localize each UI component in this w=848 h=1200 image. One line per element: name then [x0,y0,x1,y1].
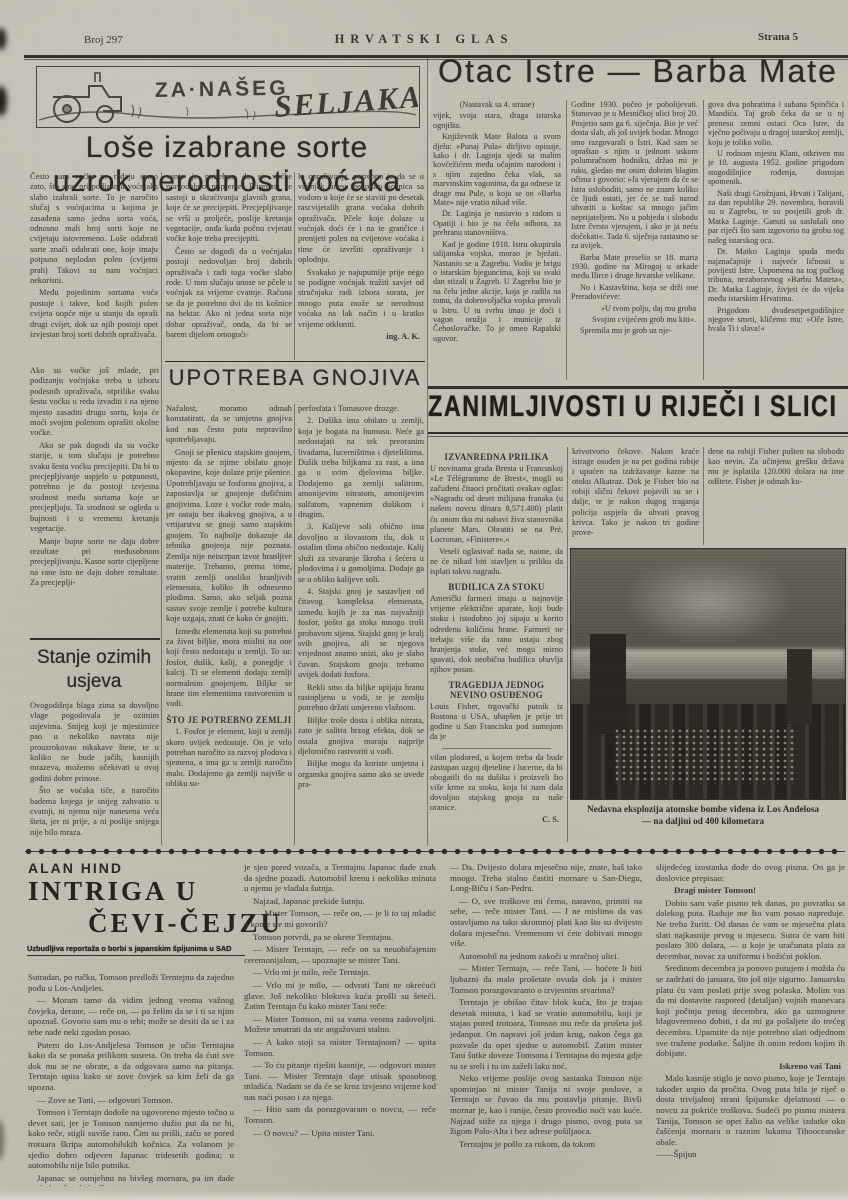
section-divider-rule [427,58,428,846]
column-rule [567,447,568,842]
page-number: Strana 5 [758,31,798,43]
zanimljivosti-column-2: krivotvorio čekove. Nakon kraće istrage … [572,447,699,544]
atomic-explosion-photo [570,548,846,800]
gnojiva-column-1: Nažalost, moramo odmah konstatirati, da … [166,404,292,847]
column-rule [703,447,704,545]
headline-upotreba-gnojiva: UPOTREBA GNOJIVA [165,365,425,391]
zanimljivosti-bottom-rule-thin [428,436,848,437]
decorative-bead-divider [25,848,845,855]
column-rule [703,100,704,380]
column-rule [294,404,295,845]
svg-text:SELJAKA: SELJAKA [273,79,418,124]
stanje-column: Ovogodišnja blaga zima sa dovoljno vlage… [30,701,159,847]
za-naseg-seljaka-banner: ZA·NAŠEG SELJAKA [36,66,420,128]
headline-line1: Loše izabrane sorte [26,131,428,165]
intriga-column-1: Sutradan, po ručku, Tomson predloži Tern… [28,972,234,1186]
zanimljivosti-top-rule [428,386,848,389]
tractor-illustration: ZA·NAŠEG SELJAKA [37,67,418,126]
newspaper-page: Broj 297 HRVATSKI GLAS Strana 5 ZA·NAŠEG… [0,0,848,1200]
zanimljivosti-banner-text: ZANIMLJIVOSTI U RIJEČI I SLICI [428,390,838,424]
stanje-title-line1: Stanje ozimih [24,646,164,670]
column-rule [161,172,162,845]
zanimljivosti-column-1: IZVANREDNA PRILIKAU novinama grada Brest… [430,447,563,845]
column-rule [566,100,567,380]
intriga-subtitle: Uzbudljiva reportaža o borbi s japanskim… [27,944,245,956]
photo-halftone-grain [571,549,845,799]
headline-stanje-ozimih: Stanje ozimih usjeva [24,646,164,694]
intriga-column-4: slijedećeg izostanka dođe do ovog pisma.… [656,862,845,1190]
newspaper-title: HRVATSKI GLAS [0,32,848,47]
sorte-column-2: vanje je potrebno da se voćke pravodobno… [166,172,292,360]
headline-otac-istre: Otac Istre — Barba Mate [430,52,846,90]
photo-caption-line2: — na daljini od 400 kilometara [558,815,848,827]
photo-caption-line1: Nedavna eksplozija atomske bombe viđena … [558,803,848,815]
zanimljivosti-bottom-rule-thick [428,432,848,434]
svg-text:ZA·NAŠEG: ZA·NAŠEG [155,76,289,102]
intriga-title-line1: INTRIGA U [28,876,198,907]
intriga-column-3: — Da. Dvijesto dolara mjesečno nije, zna… [450,862,642,1190]
intriga-column-2: je sjeo pored vozača, a Terntajnu Japana… [244,862,436,1190]
paper-bottom-edge [0,1190,848,1200]
left-continuation-column: Ako su voćke još mlade, pri podizanju vo… [30,366,159,632]
otac-column-3: gova dva pobratima i subana Spinčića i M… [708,100,844,382]
gnojiva-top-rule [165,361,425,362]
author-alan-hind: ALAN HIND [28,860,123,876]
sorte-column-3: lo opraživanje, potrebno je da se u voćn… [298,172,424,360]
zanimljivosti-banner: ZANIMLJIVOSTI U RIJEČI I SLICI [428,390,848,430]
gnojiva-column-2: perfosfata i Tomasove drozge.2. Dušika i… [298,404,424,847]
otac-column-1: (Nastavak sa 4. strane)vijek, svoja star… [433,100,561,382]
otac-column-2: Godine 1930. počeo je pobolijevati. Stan… [571,100,698,382]
zanimljivosti-column-3: dene na robiji Fisher pušten na slobodu … [708,447,844,544]
sorte-column-1: Često nam voćke ne rađaju samo zato, što… [30,172,158,360]
scan-smudge [0,86,7,116]
column-rule [294,172,295,360]
stanje-top-rule [30,638,160,640]
photo-caption: Nedavna eksplozija atomske bombe viđena … [558,803,848,827]
scan-smudge [0,1120,4,1160]
stanje-title-line2: usjeva [24,670,164,694]
